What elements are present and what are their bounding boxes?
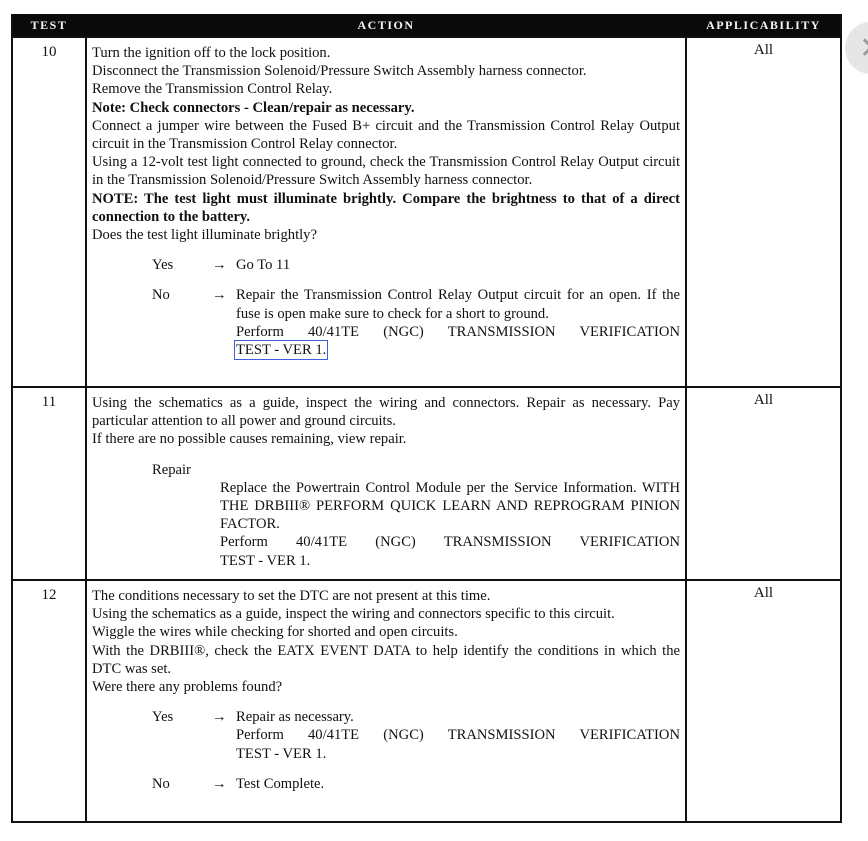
step-text: Using the schematics as a guide, inspect… (92, 394, 680, 430)
diagnostic-test-table: TEST ACTION APPLICABILITY 10 Turn the ig… (11, 14, 842, 823)
no-label: No (92, 286, 212, 359)
no-result: Repair the Transmission Control Relay Ou… (236, 286, 680, 359)
step-text: Connect a jumper wire between the Fused … (92, 117, 680, 153)
test-number: 10 (13, 38, 85, 386)
verification-test-link[interactable]: TEST - VER 1. (236, 342, 326, 358)
table-row: 11 Using the schematics as a guide, insp… (13, 386, 840, 579)
test-number: 11 (13, 388, 85, 579)
arrow-right-icon: → (212, 256, 236, 274)
step-text: With the DRBIII®, check the EATX EVENT D… (92, 642, 680, 678)
yes-branch: Yes → Repair as necessary. Perform 40/41… (92, 708, 680, 763)
note-text: Note: Check connectors - Clean/repair as… (92, 99, 680, 117)
applicability-value: All (687, 388, 840, 579)
perform-text: Perform 40/41TE (NGC) TRANSMISSION VERIF… (236, 726, 680, 744)
arrow-right-icon: → (212, 286, 236, 359)
header-applicability: APPLICABILITY (687, 14, 840, 36)
step-text: If there are no possible causes remainin… (92, 430, 680, 448)
goto-link[interactable]: Go To 11 (236, 256, 680, 274)
question-text: Were there any problems found? (92, 678, 680, 696)
perform-text: Perform 40/41TE (NGC) TRANSMISSION VERIF… (236, 323, 680, 341)
table-row: 10 Turn the ignition off to the lock pos… (13, 36, 840, 386)
repair-label: Repair (92, 461, 680, 479)
applicability-value: All (687, 581, 840, 821)
table-header: TEST ACTION APPLICABILITY (13, 14, 840, 36)
arrow-right-icon: → (212, 708, 236, 763)
yes-branch: Yes → Go To 11 (92, 256, 680, 274)
step-text: Remove the Transmission Control Relay. (92, 80, 680, 98)
action-cell: Turn the ignition off to the lock positi… (85, 38, 687, 386)
step-text: Using a 12-volt test light connected to … (92, 153, 680, 189)
note-text: NOTE: The test light must illuminate bri… (92, 190, 680, 226)
header-action: ACTION (85, 14, 687, 36)
close-icon: ✕ (859, 31, 868, 66)
verification-test-link[interactable]: TEST - VER 1. (236, 745, 680, 763)
perform-text: Perform 40/41TE (NGC) TRANSMISSION VERIF… (220, 533, 680, 551)
close-button[interactable]: ✕ (845, 22, 868, 74)
step-text: Disconnect the Transmission Solenoid/Pre… (92, 62, 680, 80)
test-number: 12 (13, 581, 85, 821)
yes-label: Yes (92, 708, 212, 763)
step-text: Wiggle the wires while checking for shor… (92, 623, 680, 641)
step-text: Using the schematics as a guide, inspect… (92, 605, 680, 623)
verification-test-link[interactable]: TEST - VER 1. (220, 552, 680, 570)
no-result: Test Complete. (236, 775, 680, 793)
repair-text: Replace the Powertrain Control Module pe… (220, 479, 680, 534)
yes-label: Yes (92, 256, 212, 274)
action-cell: Using the schematics as a guide, inspect… (85, 388, 687, 579)
yes-result: Repair as necessary. Perform 40/41TE (NG… (236, 708, 680, 763)
no-label: No (92, 775, 212, 793)
step-text: The conditions necessary to set the DTC … (92, 587, 680, 605)
repair-text: Repair as necessary. (236, 708, 680, 726)
arrow-right-icon: → (212, 775, 236, 793)
question-text: Does the test light illuminate brightly? (92, 226, 680, 244)
repair-text: Repair the Transmission Control Relay Ou… (236, 286, 680, 322)
table-row: 12 The conditions necessary to set the D… (13, 579, 840, 821)
action-cell: The conditions necessary to set the DTC … (85, 581, 687, 821)
header-test: TEST (13, 14, 85, 36)
no-branch: No → Repair the Transmission Control Rel… (92, 286, 680, 359)
step-text: Turn the ignition off to the lock positi… (92, 44, 680, 62)
no-branch: No → Test Complete. (92, 775, 680, 793)
applicability-value: All (687, 38, 840, 386)
repair-body: Replace the Powertrain Control Module pe… (92, 479, 680, 570)
